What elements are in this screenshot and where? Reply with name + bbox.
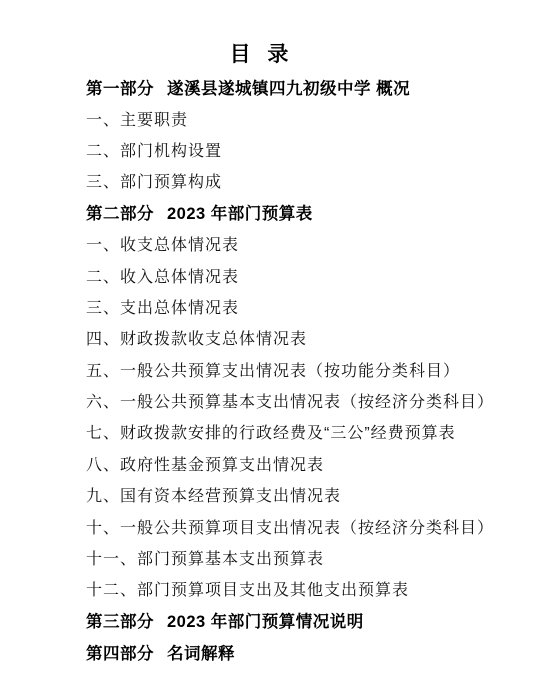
toc-item-text: 六、一般公共预算基本支出情况表（按经济分类科目） — [86, 389, 494, 412]
toc-item: 十一、部门预算基本支出预算表 — [86, 542, 533, 573]
toc-section-heading: 第二部分2023 年部门预算表 — [86, 197, 533, 228]
toc-item: 二、收入总体情况表 — [86, 259, 533, 290]
toc-item: 二、部门机构设置 — [86, 134, 533, 165]
toc-item: 九、国有资本经营预算支出情况表 — [86, 479, 533, 510]
toc-item-text: 十一、部门预算基本支出预算表 — [86, 546, 324, 569]
section-label: 第三部分 — [86, 608, 154, 632]
toc-section-heading: 第四部分名词解释 — [86, 636, 533, 667]
table-of-contents: 第一部分遂溪县遂城镇四九初级中学 概况一、主要职责二、部门机构设置三、部门预算构… — [86, 71, 533, 667]
toc-item: 四、财政拨款收支总体情况表 — [86, 322, 533, 353]
toc-item: 八、政府性基金预算支出情况表 — [86, 448, 533, 479]
toc-item: 三、部门预算构成 — [86, 165, 533, 196]
toc-item: 十、一般公共预算项目支出情况表（按经济分类科目） — [86, 510, 533, 541]
toc-item: 一、主要职责 — [86, 102, 533, 133]
toc-item-text: 三、支出总体情况表 — [86, 295, 239, 318]
page-title: 目 录 — [0, 38, 520, 68]
toc-section-heading: 第三部分2023 年部门预算情况说明 — [86, 605, 533, 636]
toc-item-text: 九、国有资本经营预算支出情况表 — [86, 483, 341, 506]
toc-item: 五、一般公共预算支出情况表（按功能分类科目） — [86, 354, 533, 385]
toc-item-text: 三、部门预算构成 — [86, 169, 222, 192]
toc-item-text: 八、政府性基金预算支出情况表 — [86, 452, 324, 475]
toc-item-text: 二、收入总体情况表 — [86, 264, 239, 287]
toc-item: 六、一般公共预算基本支出情况表（按经济分类科目） — [86, 385, 533, 416]
document-page: 目 录 第一部分遂溪县遂城镇四九初级中学 概况一、主要职责二、部门机构设置三、部… — [0, 0, 543, 684]
section-title: 名词解释 — [167, 640, 235, 664]
toc-item-text: 一、主要职责 — [86, 107, 188, 130]
toc-item-text: 七、财政拨款安排的行政经费及“三公”经费预算表 — [86, 420, 456, 443]
section-title: 2023 年部门预算表 — [167, 200, 313, 224]
toc-item-text: 十、一般公共预算项目支出情况表（按经济分类科目） — [86, 515, 494, 538]
toc-item-text: 十二、部门预算项目支出及其他支出预算表 — [86, 577, 409, 600]
toc-item: 三、支出总体情况表 — [86, 291, 533, 322]
toc-item: 十二、部门预算项目支出及其他支出预算表 — [86, 573, 533, 604]
section-label: 第一部分 — [86, 75, 154, 99]
toc-item-text: 一、收支总体情况表 — [86, 232, 239, 255]
toc-section-heading: 第一部分遂溪县遂城镇四九初级中学 概况 — [86, 71, 533, 102]
section-label: 第二部分 — [86, 200, 154, 224]
toc-item-text: 四、财政拨款收支总体情况表 — [86, 326, 307, 349]
section-title: 遂溪县遂城镇四九初级中学 概况 — [167, 75, 410, 99]
section-title: 2023 年部门预算情况说明 — [167, 608, 364, 632]
toc-item: 一、收支总体情况表 — [86, 228, 533, 259]
toc-item-text: 二、部门机构设置 — [86, 138, 222, 161]
toc-item-text: 五、一般公共预算支出情况表（按功能分类科目） — [86, 358, 460, 381]
toc-item: 七、财政拨款安排的行政经费及“三公”经费预算表 — [86, 416, 533, 447]
section-label: 第四部分 — [86, 640, 154, 664]
